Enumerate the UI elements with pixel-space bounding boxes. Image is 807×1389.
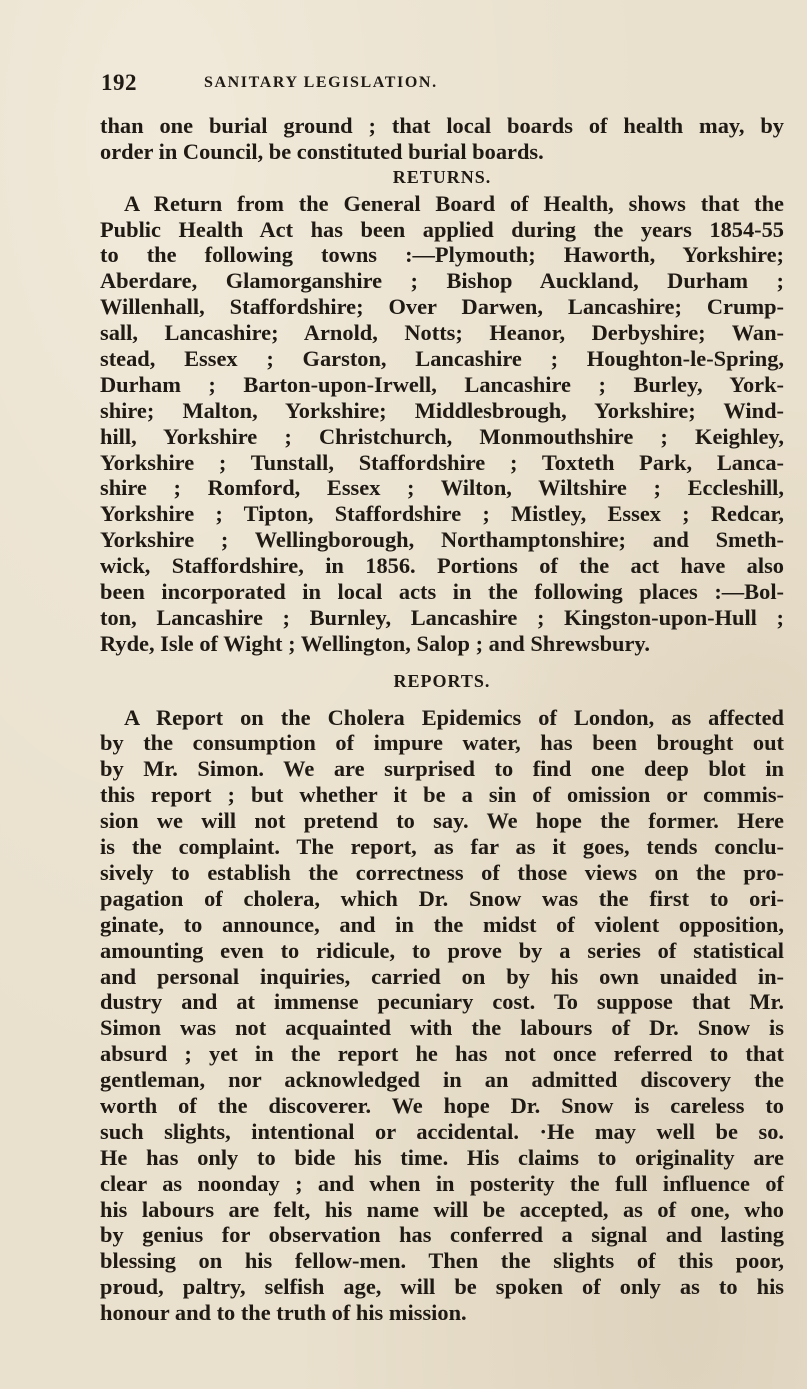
text-line: sall, Lancashire; Arnold, Notts; Heanor,… — [100, 320, 784, 346]
text-line: shire; Malton, Yorkshire; Middlesbrough,… — [100, 398, 784, 424]
text-line: Public Health Act has been applied durin… — [100, 217, 784, 243]
text-line: to the following towns :—Plymouth; Hawor… — [100, 242, 784, 268]
running-title: SANITARY LEGISLATION. — [204, 74, 438, 92]
text-line: He has only to bide his time. His claims… — [100, 1145, 784, 1171]
text-line: pagation of cholera, which Dr. Snow was … — [100, 886, 784, 912]
text-line: by the consumption of impure water, has … — [100, 730, 784, 756]
text-line: Yorkshire ; Tunstall, Staffordshire ; To… — [100, 450, 784, 476]
text-line: honour and to the truth of his mission. — [100, 1300, 784, 1326]
text-line: Simon was not acquainted with the labour… — [100, 1015, 784, 1041]
text-line: Willenhall, Staffordshire; Over Darwen, … — [100, 294, 784, 320]
text-line: been incorporated in local acts in the f… — [100, 579, 784, 605]
text-line: stead, Essex ; Garston, Lancashire ; Hou… — [100, 346, 784, 372]
text-line: hill, Yorkshire ; Christchurch, Monmouth… — [100, 424, 784, 450]
text-line: A Return from the General Board of Healt… — [100, 191, 784, 217]
section-heading-returns: RETURNS. — [100, 165, 784, 191]
text-line: dustry and at immense pecuniary cost. To… — [100, 989, 784, 1015]
body-text: than one burial ground ; that local boar… — [100, 113, 784, 1326]
text-line: blessing on his fellow-men. Then the sli… — [100, 1248, 784, 1274]
text-line: Ryde, Isle of Wight ; Wellington, Salop … — [100, 631, 784, 657]
page-number: 192 — [101, 70, 137, 96]
text-line: gentleman, nor acknowledged in an admitt… — [100, 1067, 784, 1093]
text-line: shire ; Romford, Essex ; Wilton, Wiltshi… — [100, 475, 784, 501]
text-line: this report ; but whether it be a sin of… — [100, 782, 784, 808]
text-line: Yorkshire ; Tipton, Staffordshire ; Mist… — [100, 501, 784, 527]
text-line: is the complaint. The report, as far as … — [100, 834, 784, 860]
text-line: than one burial ground ; that local boar… — [100, 113, 784, 139]
reports-paragraph: A Report on the Cholera Epidemics of Lon… — [100, 705, 784, 1326]
returns-paragraph: A Return from the General Board of Healt… — [100, 191, 784, 657]
text-line: by Mr. Simon. We are surprised to find o… — [100, 756, 784, 782]
text-line: worth of the discoverer. We hope Dr. Sno… — [100, 1093, 784, 1119]
text-line: proud, paltry, selfish age, will be spok… — [100, 1274, 784, 1300]
text-line: by genius for observation has conferred … — [100, 1222, 784, 1248]
intro-paragraph: than one burial ground ; that local boar… — [100, 113, 784, 165]
text-line: and personal inquiries, carried on by hi… — [100, 964, 784, 990]
text-line: amounting even to ridicule, to prove by … — [100, 938, 784, 964]
text-line: such slights, intentional or accidental.… — [100, 1119, 784, 1145]
text-line: sively to establish the correctness of t… — [100, 860, 784, 886]
text-line: Yorkshire ; Wellingborough, Northamptons… — [100, 527, 784, 553]
text-line: clear as noonday ; and when in posterity… — [100, 1171, 784, 1197]
text-line: A Report on the Cholera Epidemics of Lon… — [100, 705, 784, 731]
text-line: ton, Lancashire ; Burnley, Lancashire ; … — [100, 605, 784, 631]
text-line: wick, Staffordshire, in 1856. Portions o… — [100, 553, 784, 579]
text-line: ginate, to announce, and in the midst of… — [100, 912, 784, 938]
text-line: order in Council, be constituted burial … — [100, 139, 784, 165]
running-head: 192 SANITARY LEGISLATION. — [100, 70, 784, 98]
text-line: Aberdare, Glamorganshire ; Bishop Auckla… — [100, 268, 784, 294]
text-line: Durham ; Barton-upon-Irwell, Lancashire … — [100, 372, 784, 398]
section-heading-reports: REPORTS. — [100, 669, 784, 695]
text-line: sion we will not pretend to say. We hope… — [100, 808, 784, 834]
text-line: his labours are felt, his name will be a… — [100, 1197, 784, 1223]
text-line: absurd ; yet in the report he has not on… — [100, 1041, 784, 1067]
